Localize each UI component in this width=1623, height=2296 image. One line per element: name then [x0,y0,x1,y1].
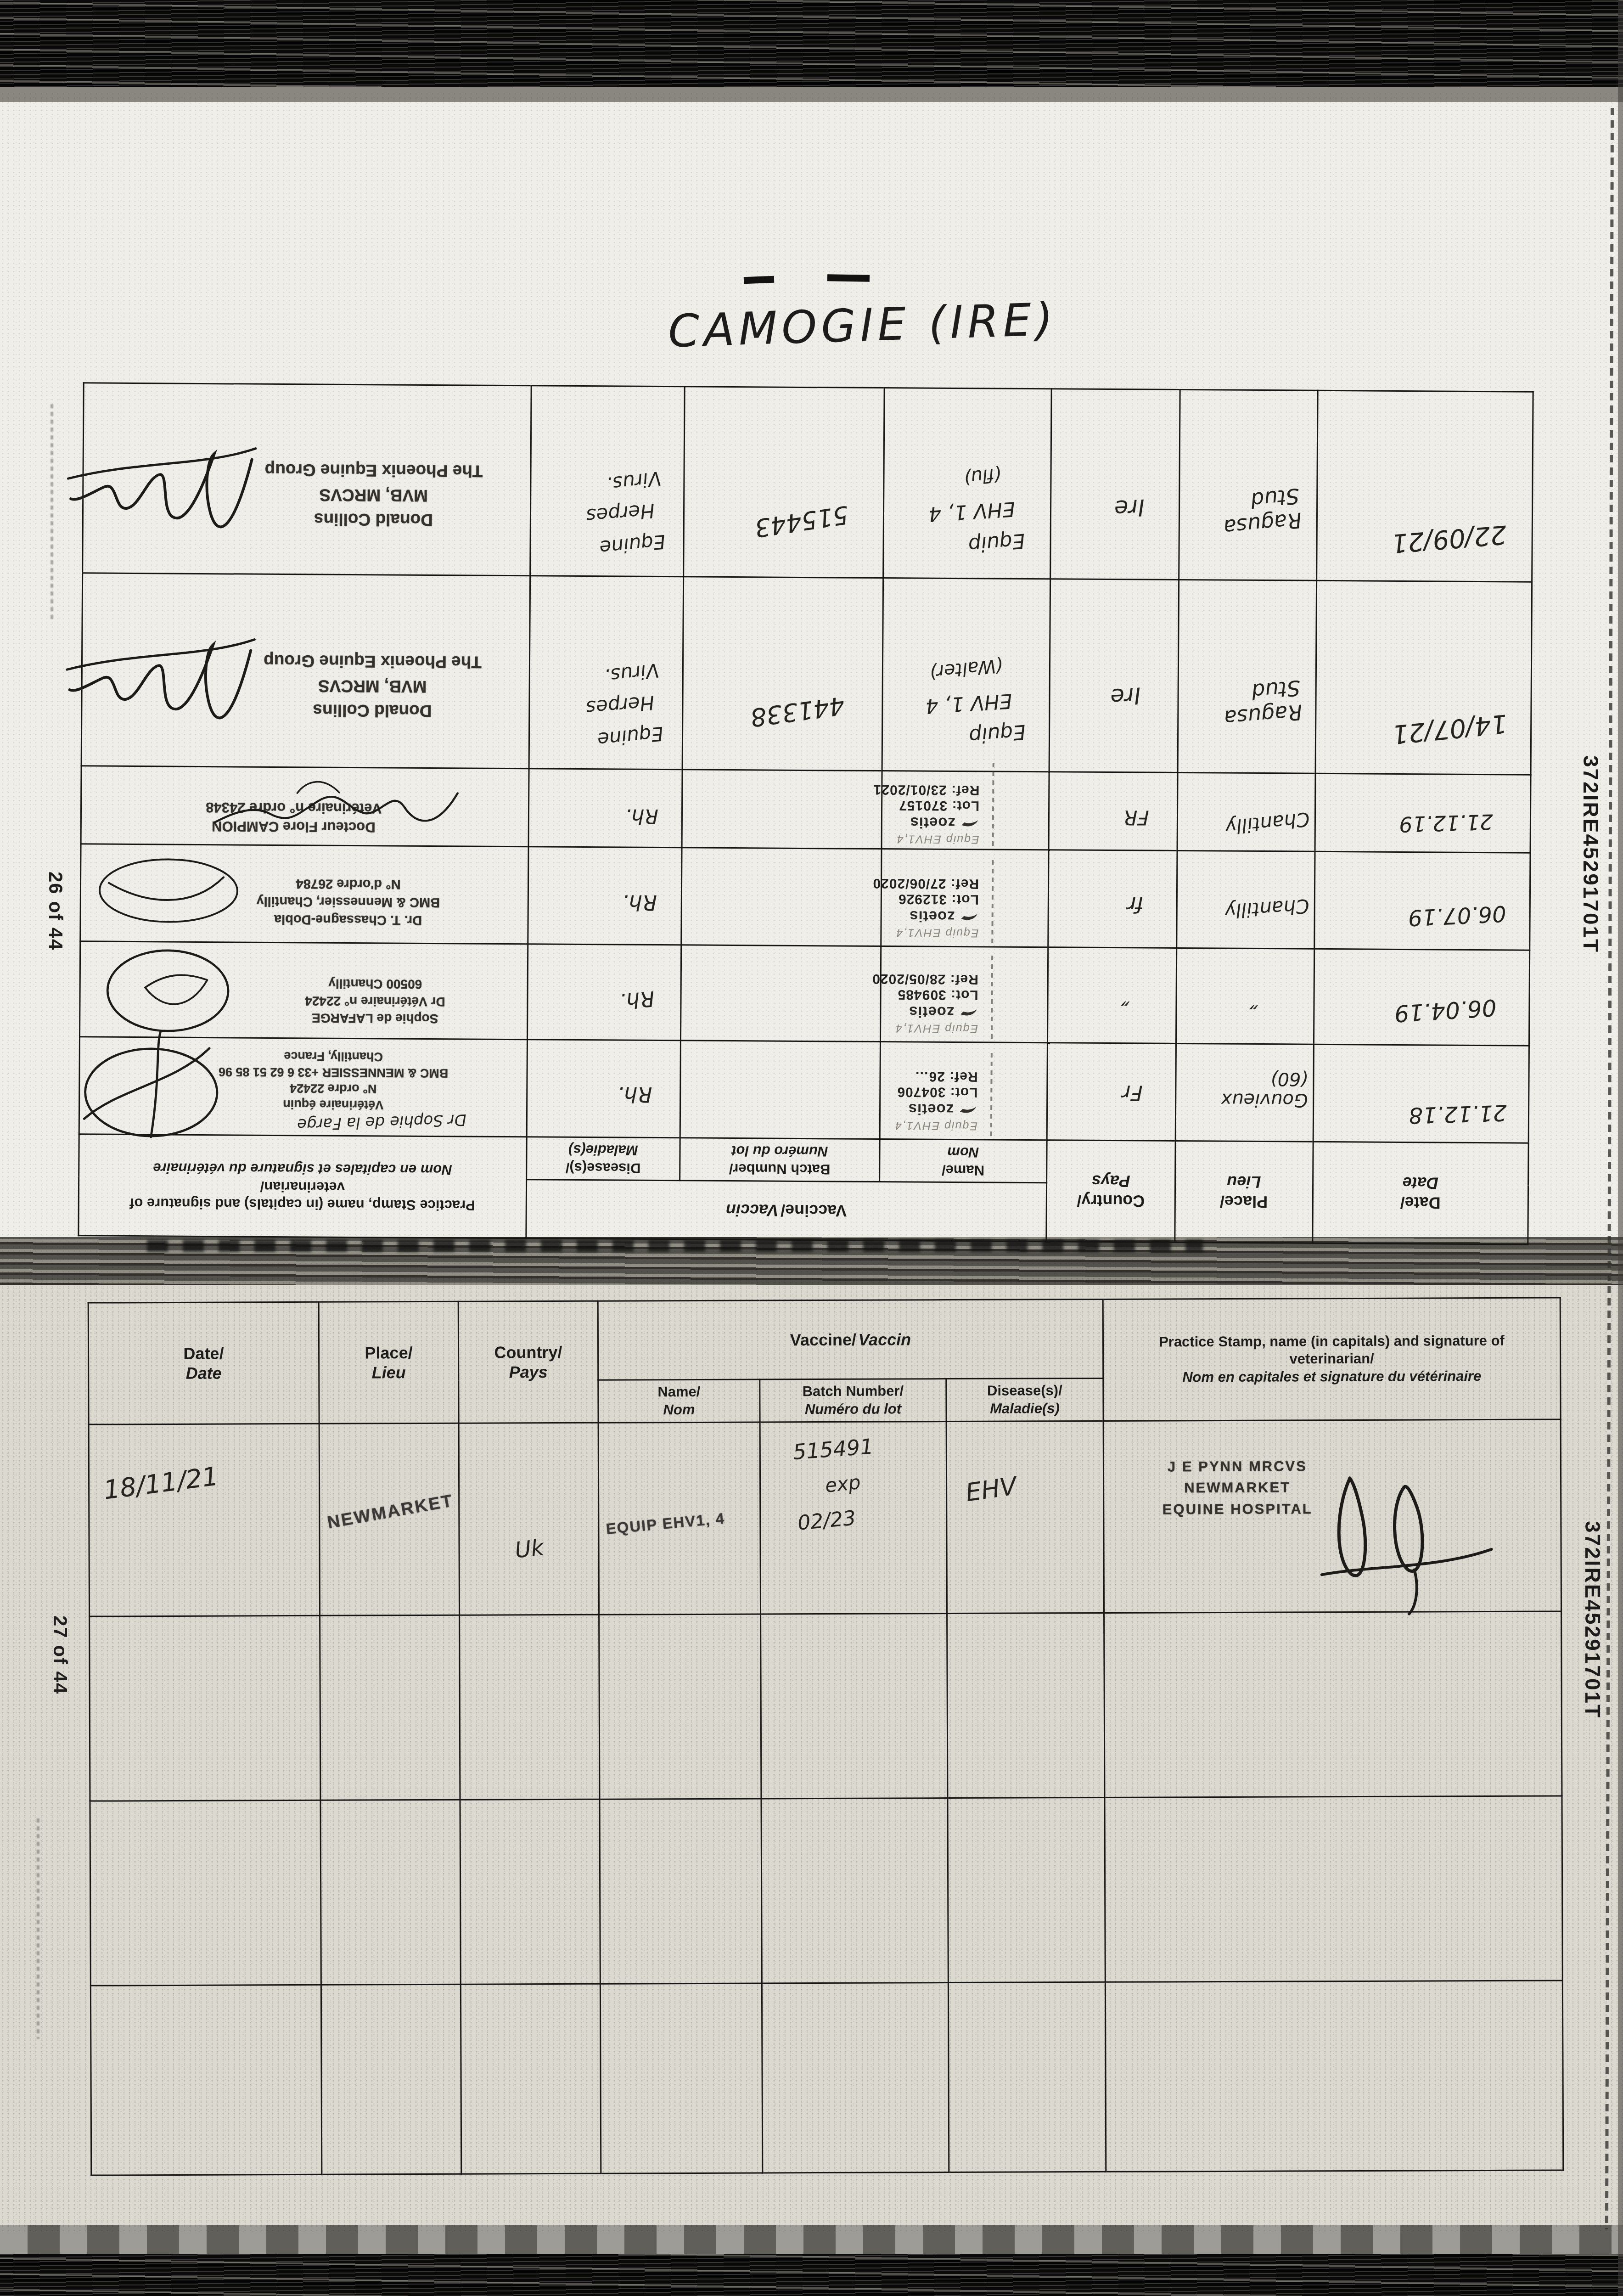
cell-disease: EHV [946,1421,1104,1613]
stamp-line: Sophie de LAFARGE [247,1009,504,1028]
stamp-line: 60500 Chantilly [247,974,504,993]
empty-cell [761,1798,948,1983]
batch-hand: 515491 [792,1434,874,1464]
signature-scribble [1308,1438,1501,1636]
empty-cell [948,1797,1105,1982]
empty-cell [90,1615,320,1801]
cell-date: 06.04.19 [1314,949,1530,1046]
empty-cell [1104,1611,1562,1797]
header-batch-number: Batch Number/Numéro du lot [680,1138,880,1182]
vaccine-name-hand: (Walter) [928,655,1004,683]
zoetis-swoosh-icon [960,818,979,829]
cell-date: 22/09/21 [1316,391,1533,582]
cell-batch [681,848,882,946]
empty-cell [320,1800,461,1985]
cell-vaccine-name: Equip EHV1,4 zoetis Lot: 370157 Ref: 23/… [882,771,1050,850]
empty-cell [947,1613,1105,1798]
staple-mark [827,274,870,282]
cell-place: Ragusa Stud [1178,580,1316,774]
vet-name-handwritten: Dr Sophie de la Farge [297,1110,466,1133]
empty-cell [460,1799,600,1984]
cell-vaccine-name: Equip EHV 1, 4 (flu) [883,388,1051,579]
cell-batch: 515491 exp 02/23 [760,1421,947,1614]
cell-place: Chantilly [1177,773,1315,852]
stamp-line: The Phoenix Equine Group [236,457,511,484]
disease-hand: Equine [599,530,667,559]
cell-country: Ire [1049,579,1179,773]
cell-batch: 515443 [684,387,884,578]
zoetis-wordmark: zoetis [908,1101,954,1119]
signature-scribble [64,628,258,748]
page-number-27: 27 of 44 [51,1615,70,1694]
stamp-line: BMC & Mennessier, Chantilly [206,892,490,912]
cell-practice-stamp: Donald Collins MVB, MRCVS The Phoenix Eq… [83,383,531,576]
passport-ref-upper: 372IRE45291701T [1580,755,1601,953]
header-place: Place/Lieu [319,1301,459,1424]
disease-hand: Equine [596,722,664,751]
cell-country: Uk [459,1423,599,1615]
stamp-line: Dr. T. Chassagne-Dobla [206,910,490,929]
cell-date: 21.12.19 [1315,774,1531,853]
vaccine-name-hand: EHV 1, 4 [925,689,1013,718]
cell-country: Fr [1047,1043,1176,1141]
cell-disease: Rh. [527,944,681,1041]
cell-country: FR [1049,772,1178,851]
cell-country: fr [1048,850,1177,948]
cell-place: Ragusa Stud [1179,390,1317,581]
zoetis-wordmark: zoetis [909,1003,955,1021]
cell-practice-stamp: Sophie de LAFARGE Dr Vétérinaire n° 2242… [80,941,528,1040]
header-disease: Disease(s)/Maladie(s) [946,1378,1103,1421]
zoetis-swoosh-icon [959,1007,978,1018]
stamp-line: Donald Collins [236,506,511,533]
empty-cell [761,1613,948,1798]
cell-vaccine-name: EQUIP EHV1, 4 [598,1422,760,1614]
cell-practice-stamp: Donald Collins MVB, MRCVS The Phoenix Eq… [81,573,530,769]
header-place: Place/Lieu [1175,1141,1313,1243]
cell-vaccine-name: Equip EHV1,4 zoetis Lot: 304706 Ref: 26… [880,1042,1048,1140]
empty-cell [599,1614,761,1799]
header-vaccine: Vaccine/ Vaccin [526,1180,1046,1242]
faint-margin-text-lower [37,1818,39,2039]
header-vaccine-name: Name/Nom [598,1379,760,1423]
cell-batch [681,945,881,1042]
sticker-edge [992,759,994,846]
empty-cell [320,1615,460,1800]
header-country: Country/Pays [458,1301,598,1423]
staple-mark [744,276,774,284]
signature-scribble [75,1024,227,1153]
empty-cell [600,1798,762,1983]
header-vaccine: Vaccine/ Vaccin [598,1299,1103,1380]
cell-vaccine-name: Equip EHV1,4 zoetis Lot: 309485 Ref: 28/… [880,946,1048,1043]
sticker-edge [991,856,994,944]
cell-practice-stamp: Docteur Flore CAMPION Vétérinaire n° ord… [81,766,529,847]
stamp-line: N° d'ordre 26784 [206,874,490,894]
signature-scribble [65,437,258,557]
scanned-document: 26 of 44 27 of 44 372IRE45291701T 372IRE… [0,0,1623,2296]
header-date: Date/Date [1312,1142,1528,1244]
signature-scribble [99,945,237,1037]
header-date: Date/Date [88,1302,319,1424]
cell-disease: Equine Herpes Virus. [530,386,685,577]
zoetis-swoosh-icon [960,912,979,923]
cell-place: Chantilly [1176,851,1314,949]
vaccine-name-hand: Equip [967,529,1026,557]
empty-cell [1105,1980,1563,2171]
cell-date: 18/11/21 [89,1424,320,1616]
cell-disease: Rh. [527,1040,681,1138]
cell-date: 06.07.19 [1314,852,1530,951]
empty-cell [600,1983,762,2173]
faint-margin-text-upper [51,404,53,620]
stamp-line: Dr Vétérinaire n° 22424 [247,991,504,1010]
disease-hand: Herpes [585,691,656,719]
stamp-line: MVB, MRCVS [236,482,511,508]
upper-page-flipped: Date/Date Place/Lieu Country/Pays Vaccin… [80,388,1531,1241]
scan-edge-shadow-top [0,87,1623,102]
sticker-edge [991,952,993,1039]
cell-practice-stamp: J E PYNN MRCVS NEWMARKET EQUINE HOSPITAL [1103,1419,1561,1612]
cell-vaccine-name: Equip EHV1,4 zoetis Lot: 312926 Ref: 27/… [881,849,1049,947]
empty-cell [948,1982,1106,2172]
vaccine-name-hand: EHV 1, 4 [928,497,1016,526]
vaccine-name-hand: Equip [968,720,1027,748]
cell-batch [680,1041,880,1139]
vaccine-name-stamp: EQUIP EHV1, 4 [605,1509,726,1537]
disease-hand: Virus. [606,467,663,495]
batch-hand: exp [824,1471,862,1497]
vaccination-table-page-26: Date/Date Place/Lieu Country/Pays Vaccin… [78,383,1533,1245]
header-disease: Disease(s)/Maladie(s) [526,1137,680,1181]
cell-practice-stamp: Dr Sophie de la Farge Vétérinaire équin … [79,1037,527,1137]
cell-place: Gouvieux (60) [1175,1044,1314,1142]
cell-date: 14/07/21 [1315,581,1532,775]
header-practice-stamp: Practice Stamp, name (in capitals) and s… [1103,1298,1561,1421]
passport-ref-lower: 372IRE45291701T [1582,1521,1603,1719]
zoetis-wordmark: zoetis [909,908,955,926]
empty-cell [90,1985,321,2175]
vaccine-name-hand: (flu) [963,464,1003,489]
cell-place: ″ [1176,948,1314,1045]
empty-cell [460,1615,600,1800]
empty-cell [461,1984,601,2174]
cell-vaccine-name: Equip EHV 1, 4 (Walter) [882,578,1050,772]
empty-cell [1105,1795,1562,1981]
stamp-line: MVB, MRCVS [235,673,510,699]
scan-edge-band-bottom [0,2254,1623,2296]
stamp-line: Donald Collins [235,698,510,724]
cell-batch [682,770,882,849]
cell-batch: 441338 [682,577,883,771]
batch-hand: 02/23 [797,1507,857,1535]
empty-cell [90,1800,321,1986]
zoetis-wordmark: zoetis [910,814,955,832]
scan-edge-shadow-bottom [0,2225,1623,2255]
newmarket-stamp: NEWMARKET [326,1491,455,1533]
scan-edge-band-top [0,0,1623,87]
header-batch-number: Batch Number/Numéro du lot [760,1379,946,1422]
empty-cell [762,1982,949,2172]
cell-disease: Rh. [528,847,682,945]
zoetis-swoosh-icon [958,1104,977,1115]
cell-disease: Rh. [528,769,683,848]
signature-scribble [95,854,242,928]
page-number-26: 26 of 44 [46,872,65,951]
header-country: Country/Pays [1046,1140,1175,1242]
disease-hand: Herpes [585,499,656,527]
cell-country: Ire [1050,389,1180,580]
header-vaccine-name: Name/Nom [879,1139,1047,1183]
cell-practice-stamp: Dr. T. Chassagne-Dobla BMC & Mennessier,… [80,844,528,944]
signature-scribble [192,771,477,842]
disease-hand: Virus. [603,659,660,687]
cell-disease: Equine Herpes Virus. [529,576,684,770]
sticker-edge [990,1049,993,1137]
stamp-line: The Phoenix Equine Group [235,648,510,675]
cell-country: ″ [1048,947,1177,1044]
cell-place: NEWMARKET [319,1423,459,1615]
page-right-edge [1618,0,1623,2296]
empty-cell [321,1984,461,2174]
vaccination-table-page-27: Date/Date Place/Lieu Country/Pays Vaccin… [88,1297,1564,2176]
cell-date: 21.12.18 [1313,1045,1529,1143]
